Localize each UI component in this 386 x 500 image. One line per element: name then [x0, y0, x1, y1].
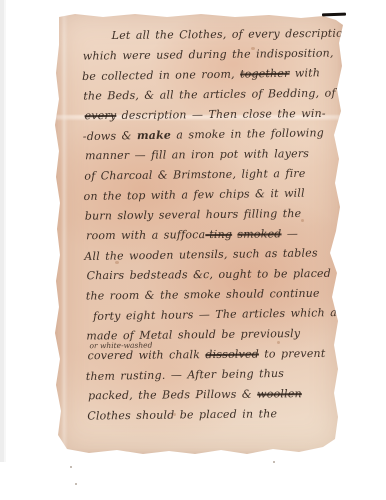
manuscript-line: the Beds, & all the articles of Bedding,…: [83, 86, 339, 109]
dust-speck: [70, 466, 72, 468]
handwritten-text: the room & the smoke should continue: [86, 287, 320, 303]
handwritten-text: the Beds, & all the articles of Bedding,…: [83, 86, 335, 102]
manuscript-line: manner — fill an iron pot with layers: [85, 147, 341, 169]
handwritten-text: of Charcoal & Brimstone, light a fire: [84, 167, 305, 183]
ink-mark-top-right: [322, 13, 346, 16]
handwritten-text: packed, the Beds Pillows &: [88, 388, 257, 403]
handwritten-text: Chairs bedsteads &c, ought to be placed …: [87, 267, 348, 283]
struck-word: every: [85, 109, 117, 122]
struck-word: -ting: [205, 228, 232, 241]
handwritten-text: -dows &: [83, 129, 137, 143]
handwritten-text: to prevent: [259, 347, 326, 361]
handwritten-text: —: [281, 227, 298, 240]
handwritten-text: covered with chalk: [87, 348, 205, 362]
struck-word: smoked: [237, 227, 281, 240]
dust-speck: [273, 461, 275, 463]
struck-word: together: [240, 67, 290, 81]
handwritten-text: make: [137, 129, 171, 143]
handwritten-text: All the wooden utensils, such as tables: [84, 246, 318, 263]
handwritten-text: which were used during the indisposition…: [83, 47, 334, 63]
manuscript-line: burn slowly several hours filling the: [85, 206, 341, 229]
manuscript-line: Clothes should be placed in the: [87, 406, 343, 429]
scanner-edge-strip: [0, 0, 6, 462]
paper-sheet: Let all the Clothes, of every descriptio…: [55, 11, 343, 454]
handwritten-text: be collected in one room,: [82, 68, 240, 83]
handwritten-text: description — Then close the win-: [116, 107, 326, 122]
struck-word: dissolved: [205, 348, 259, 362]
interline-note: or white-washed: [89, 341, 152, 351]
handwritten-text: forty eight hours — The articles which a…: [93, 306, 349, 323]
handwritten-text: them rusting. — After being thus: [86, 367, 285, 383]
manuscript-line: Chairs bedsteads &c, ought to be placed …: [87, 267, 343, 289]
manuscript-line: packed, the Beds Pillows & woollen: [88, 387, 344, 409]
handwritten-text: with: [289, 66, 320, 79]
handwritten-text: a smoke in the following: [171, 126, 324, 141]
manuscript-line: Let all the Clothes, of every descriptio…: [84, 27, 340, 49]
handwritten-text: on the top with a few chips & it will: [83, 187, 304, 203]
handwritten-text: burn slowly several hours filling the: [85, 207, 302, 223]
struck-word: woollen: [257, 387, 302, 400]
handwritten-text: manner — fill an iron pot with layers: [85, 147, 309, 162]
dust-speck: [75, 483, 77, 485]
handwritten-text: room with a suffoca: [86, 228, 205, 242]
manuscript-text: Let all the Clothes, of every descriptio…: [83, 26, 344, 429]
handwritten-text: Clothes should be placed in the: [87, 407, 277, 422]
handwritten-text: Let all the Clothes, of every descriptio…: [112, 27, 354, 42]
